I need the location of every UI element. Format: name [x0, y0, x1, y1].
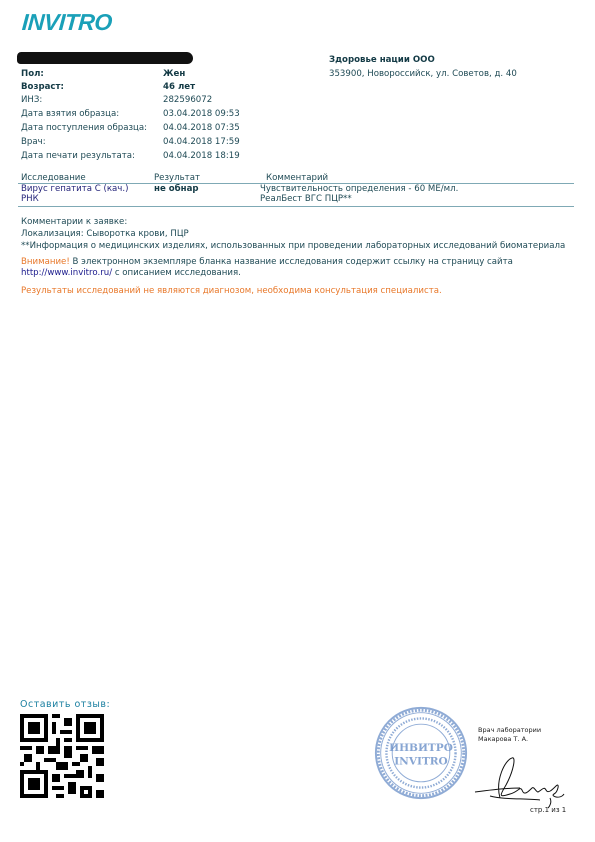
- stamp-icon: ИНВИТРО INVITRO: [373, 705, 469, 801]
- link-suffix: с описанием исследования.: [112, 268, 241, 278]
- info-value: 04.04.2018 18:19: [163, 150, 240, 162]
- warning-text: В электронном экземпляре бланка название…: [70, 257, 513, 267]
- info-label: Врач:: [21, 136, 46, 148]
- info-value: 04.04.2018 17:59: [163, 136, 240, 148]
- test-name-link[interactable]: Вирус гепатита С (кач.) РНК: [21, 184, 128, 204]
- test-name-line2: РНК: [21, 194, 128, 204]
- svg-text:ИНВИТРО: ИНВИТРО: [389, 742, 453, 754]
- warning-label: Внимание!: [21, 257, 70, 267]
- notes-title: Комментарии к заявке:: [21, 216, 565, 228]
- patient-name-redacted: [17, 52, 193, 64]
- svg-text:INVITRO: INVITRO: [394, 756, 448, 768]
- info-label: ИНЗ:: [21, 94, 42, 106]
- info-label: Дата печати результата:: [21, 150, 135, 162]
- feedback-label: Оставить отзыв:: [20, 699, 110, 710]
- signer: Врач лаборатории Макарова Т. А.: [478, 726, 541, 744]
- info-label: Дата взятия образца:: [21, 108, 119, 120]
- info-label: Возраст:: [21, 81, 64, 93]
- qr-code-icon[interactable]: [20, 714, 104, 798]
- test-comment: Чувствительность определения - 60 МЕ/мл.…: [260, 184, 458, 204]
- signer-title: Врач лаборатории: [478, 726, 541, 735]
- signer-name: Макарова Т. А.: [478, 735, 541, 744]
- invitro-logo: INVITRO: [21, 9, 113, 36]
- info-label: Пол:: [21, 68, 44, 80]
- notes-devices-info: **Информация о медицинских изделиях, исп…: [21, 240, 565, 252]
- organization-name: Здоровье нации ООО: [329, 55, 435, 65]
- info-value: 03.04.2018 09:53: [163, 108, 240, 120]
- info-value: 282596072: [163, 94, 212, 106]
- order-notes: Комментарии к заявке: Локализация: Сывор…: [21, 216, 565, 252]
- info-value: 04.04.2018 07:35: [163, 122, 240, 134]
- table-bottom-divider: [18, 206, 574, 207]
- info-value: 46 лет: [163, 81, 195, 93]
- test-result: не обнар: [154, 184, 199, 194]
- disclaimer: Результаты исследований не являются диаг…: [21, 286, 442, 296]
- signature-icon: [470, 750, 570, 810]
- warning-note: Внимание! В электронном экземпляре бланк…: [21, 257, 513, 279]
- info-label: Дата поступления образца:: [21, 122, 147, 134]
- notes-localization: Локализация: Сыворотка крови, ПЦР: [21, 228, 565, 240]
- comment-line2: РеалБест ВГС ПЦР**: [260, 194, 458, 204]
- test-name-line1: Вирус гепатита С (кач.): [21, 184, 128, 194]
- comment-line1: Чувствительность определения - 60 МЕ/мл.: [260, 184, 458, 194]
- organization-address: 353900, Новороссийск, ул. Советов, д. 40: [329, 69, 517, 79]
- page-number: стр.1 из 1: [530, 806, 566, 814]
- info-value: Жен: [163, 68, 185, 80]
- invitro-link[interactable]: http://www.invitro.ru/: [21, 268, 112, 278]
